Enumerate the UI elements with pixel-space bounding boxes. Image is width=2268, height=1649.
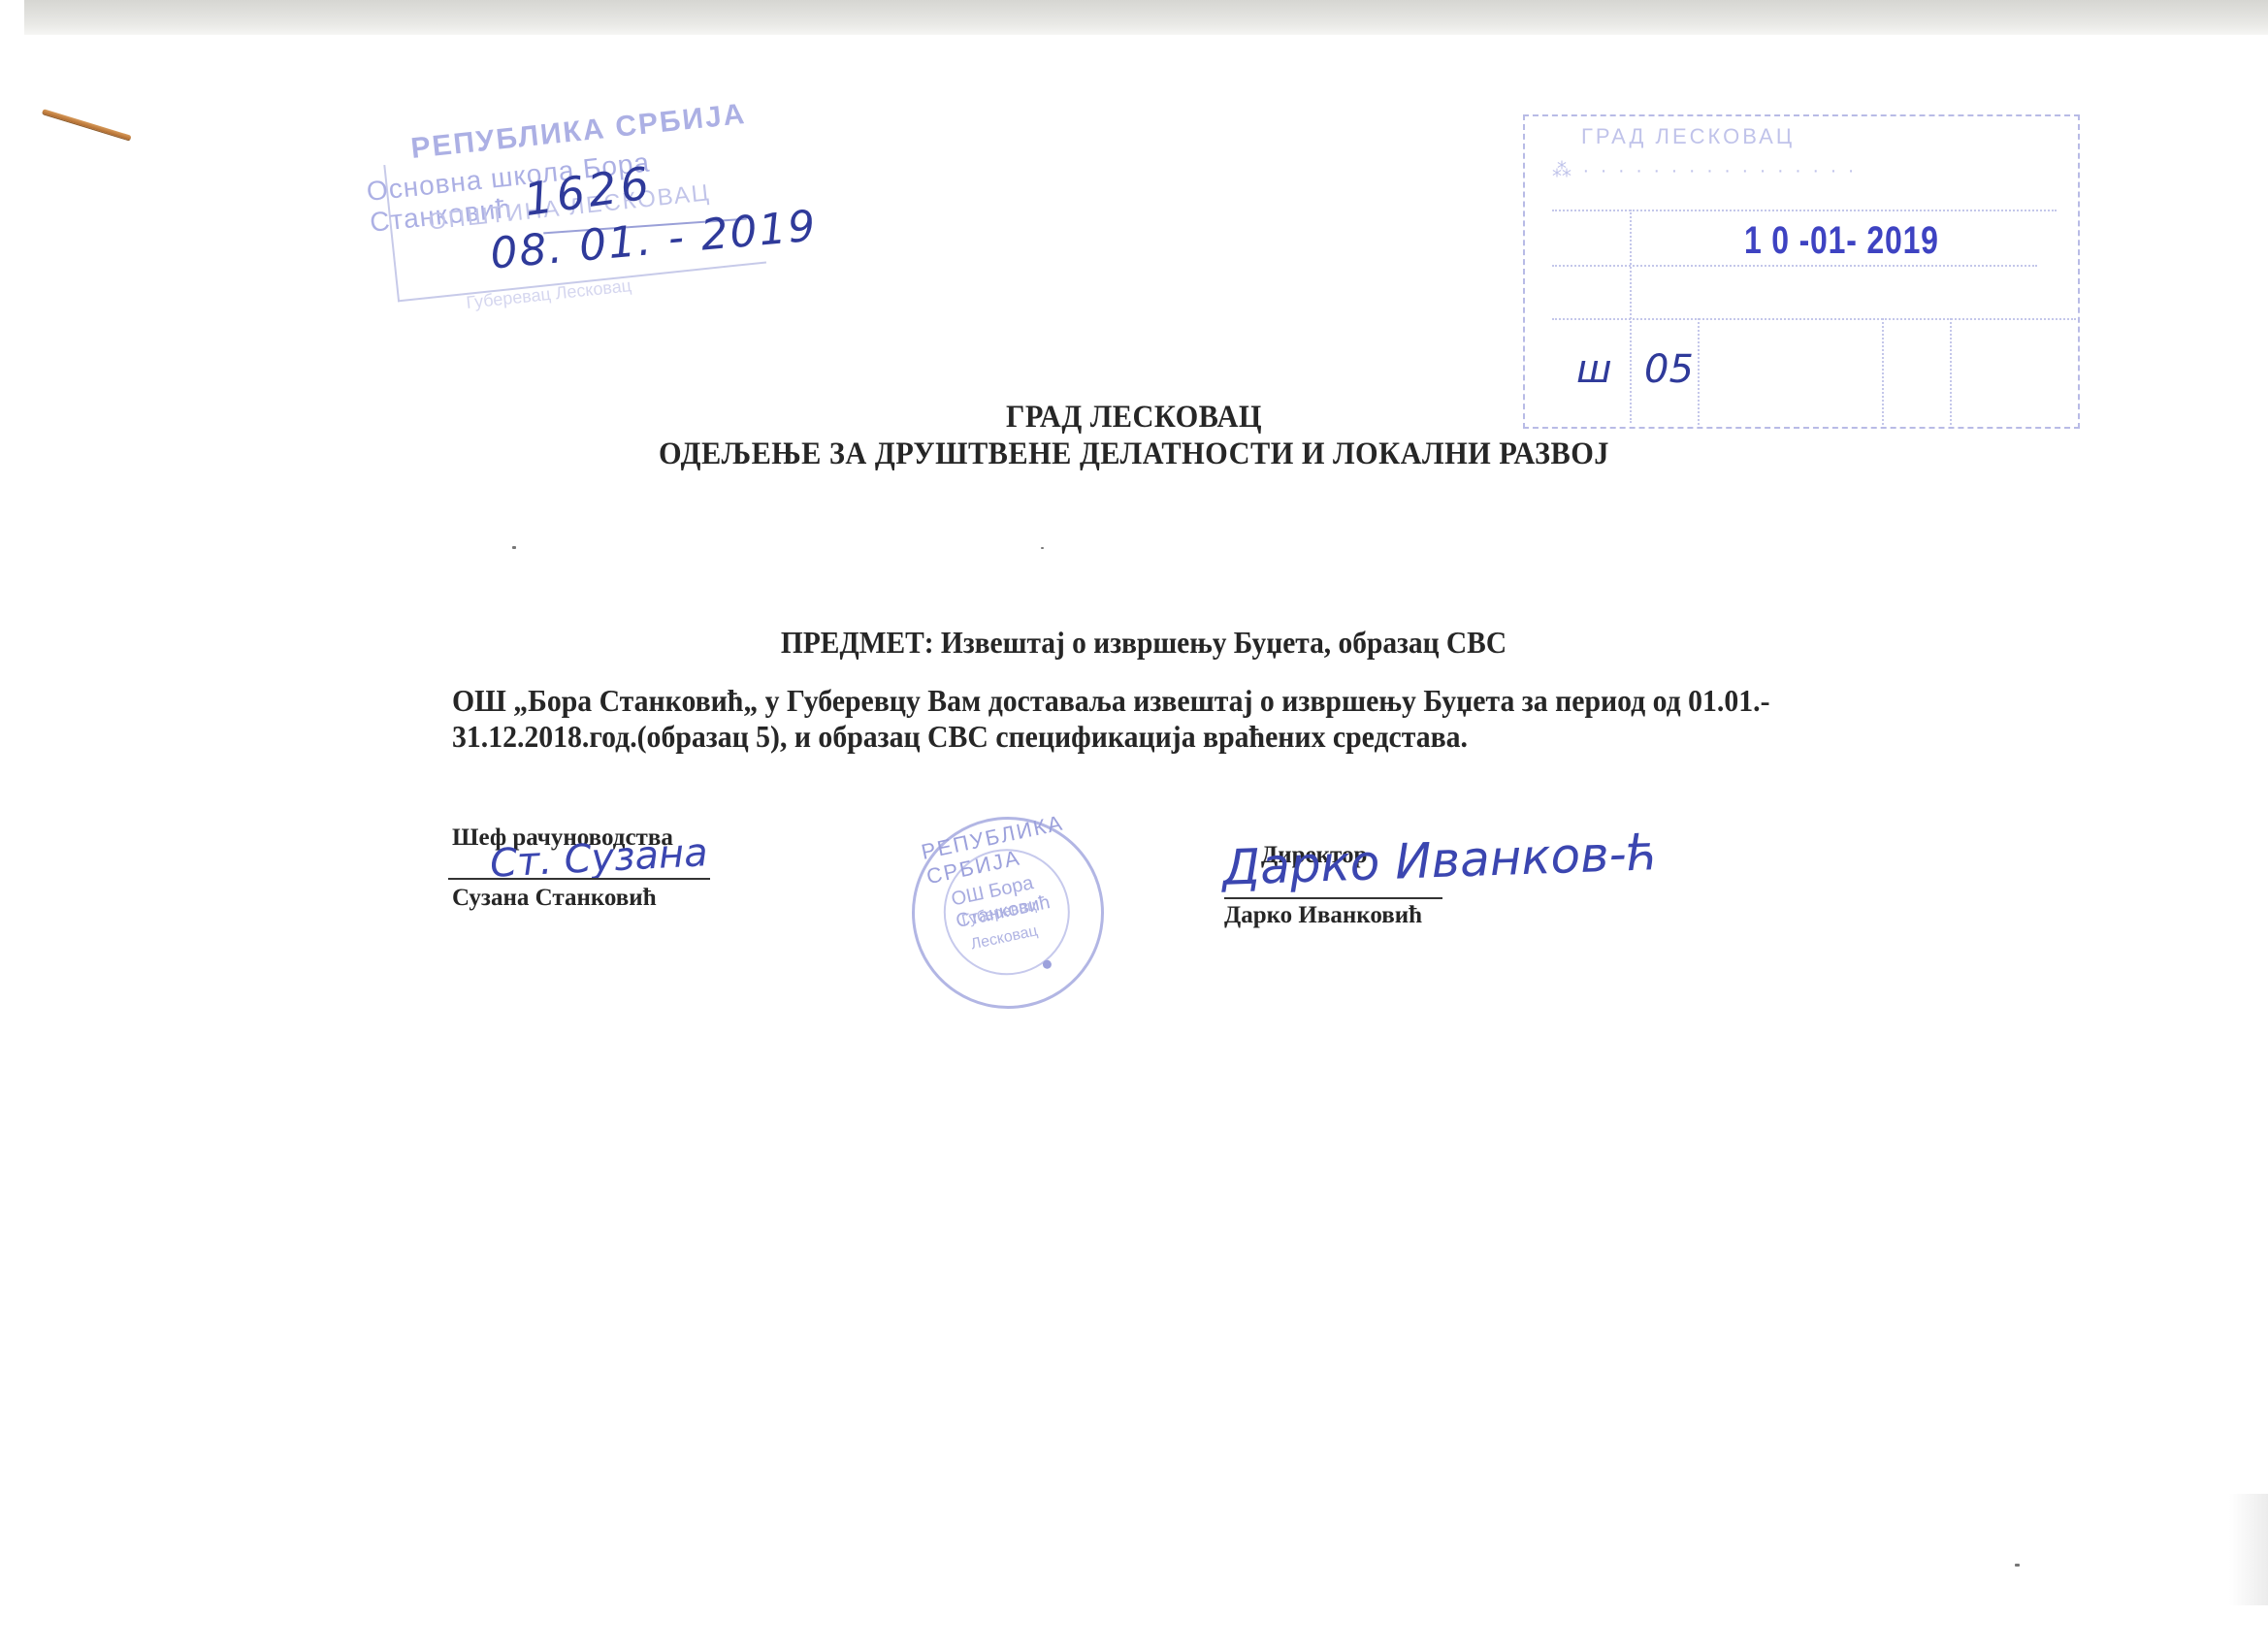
handwritten-code-1: ш [1576,347,1612,392]
body-line-2: 31.12.2018.год.(образац 5), и образац СВ… [452,719,1860,755]
accountant-signature-line [448,878,710,880]
speck [1041,547,1044,549]
registry-stamp-subtitle: ⁂ · · · · · · · · · · · · · · · · [1552,158,1857,182]
seal-dot [1042,959,1053,970]
staple-mark [42,109,131,141]
registry-stamp: ГРАД ЛЕСКОВАЦ ⁂ · · · · · · · · · · · · … [1523,114,2095,444]
scan-top-edge [24,0,2268,35]
round-seal: РЕПУБЛИКА СРБИЈА ОШ Бора Станковић Губер… [894,799,1122,1027]
stamp-divider [1630,210,1633,423]
registry-stamp-title: ГРАД ЛЕСКОВАЦ [1581,124,1795,149]
director-name: Дарко Иванковић [1224,902,1422,929]
body-line-1: ОШ „Бора Станковић„ у Губеревцу Вам дост… [452,683,1860,719]
body-paragraph: ОШ „Бора Станковић„ у Губеревцу Вам дост… [452,683,1860,755]
registry-date: 1 0 -01- 2019 [1744,219,1939,263]
director-signature-line [1224,897,1442,899]
subject-line: ПРЕДМЕТ: Извештај о извршењу Буџета, обр… [101,625,2187,661]
scan-left-margin [0,0,24,1649]
header-department: ОДЕЉЕЊЕ ЗА ДРУШТВЕНЕ ДЕЛАТНОСТИ И ЛОКАЛН… [91,436,2178,472]
director-signature: Дарко Иванков-ћ [1221,824,1659,896]
handwritten-code-2: 05 [1644,347,1694,392]
stamp-rule [1552,210,2057,212]
stamp-rule [1552,265,2037,268]
speck [2015,1564,2020,1567]
accountant-name: Сузана Станковић [452,885,657,912]
scan-right-shadow [2229,1494,2268,1605]
header-city: ГРАД ЛЕСКОВАЦ [91,400,2178,436]
speck [512,546,516,549]
